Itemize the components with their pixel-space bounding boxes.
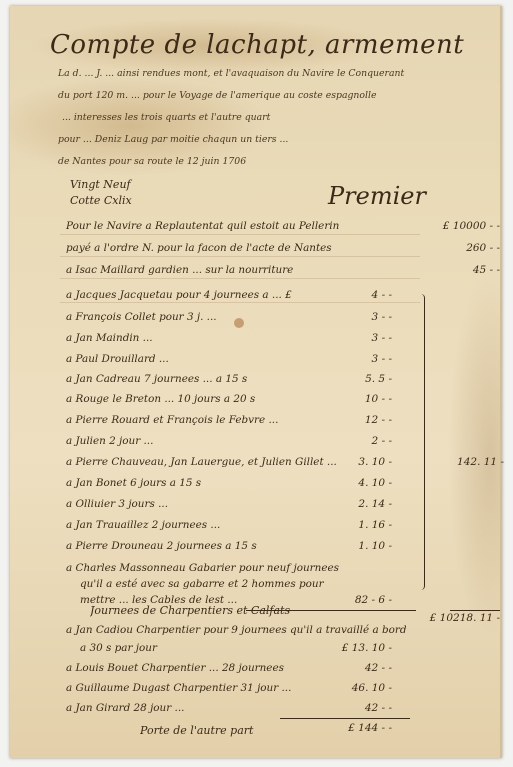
entry-amount: 260 - -: [410, 242, 500, 254]
section-heading: Premier: [328, 182, 426, 210]
ledger-entry: a Isac Maillard gardien ... sur la nourr…: [66, 264, 366, 276]
entry-amount: 3. 10 -: [302, 456, 392, 468]
document-title: Compte de lachapt, armement: [50, 30, 464, 60]
entry-amount: 46. 10 -: [302, 682, 392, 694]
ledger-entry: Pour le Navire a Replautentat quil estoi…: [66, 220, 366, 232]
multi-line-entry: a Charles Massonneau Gabarier pour neuf …: [66, 562, 366, 574]
entry-amount: 45 - -: [410, 264, 500, 276]
entry-amount: 42 - -: [302, 662, 392, 674]
carry-forward-total: £ 144 - -: [302, 722, 392, 734]
multi-line-entry: qu'il a esté avec sa gabarre et 2 hommes…: [80, 578, 380, 590]
entry-amount: £ 13. 10 -: [302, 642, 392, 654]
intro-line: du port 120 m. ... pour le Voyage de l'a…: [58, 90, 376, 101]
entry-amount: 3 - -: [302, 332, 392, 344]
ledger-entry: a Jan Cadiou Charpentier pour 9 journees…: [66, 624, 406, 636]
entry-amount: £ 10000 - -: [410, 220, 500, 232]
entry-amount: 4. 10 -: [302, 477, 392, 489]
bracket: [418, 294, 425, 590]
divider: [280, 718, 410, 719]
entry-amount: 2. 14 -: [302, 498, 392, 510]
divider: [450, 610, 500, 611]
intro-line: ... interesses les trois quarts et l'aut…: [62, 112, 270, 123]
entry-amount: 3 - -: [302, 353, 392, 365]
carry-forward-label: Porte de l'autre part: [140, 724, 440, 737]
entry-amount: 1. 10 -: [302, 540, 392, 552]
entry-amount: 5. 5 -: [302, 373, 392, 385]
subtotal-second: £ 10218. 11 -: [410, 612, 500, 624]
entry-amount: 42 - -: [302, 702, 392, 714]
side-note: Cotte Cxlix: [70, 194, 132, 207]
subheading: Journees de Charpentiers et Calfats: [90, 604, 390, 617]
entry-amount: 4 - -: [302, 289, 392, 301]
entry-amount: 12 - -: [302, 414, 392, 426]
entry-amount: 10 - -: [302, 393, 392, 405]
entry-amount: 2 - -: [302, 435, 392, 447]
ledger-entry: payé a l'ordre N. pour la facon de l'act…: [66, 242, 366, 254]
intro-line: pour ... Deniz Laug par moitie chaqun un…: [58, 134, 288, 145]
entry-amount: 3 - -: [302, 311, 392, 323]
intro-line: La d. ... J. ... ainsi rendues mont, et …: [58, 68, 404, 79]
subtotal-first: 142. 11 -: [414, 456, 504, 468]
side-note: Vingt Neuf: [70, 178, 131, 191]
manuscript-page: Compte de lachapt, armement La d. ... J.…: [10, 6, 502, 758]
intro-line: de Nantes pour sa route le 12 juin 1706: [58, 156, 246, 167]
entry-amount: 1. 16 -: [302, 519, 392, 531]
